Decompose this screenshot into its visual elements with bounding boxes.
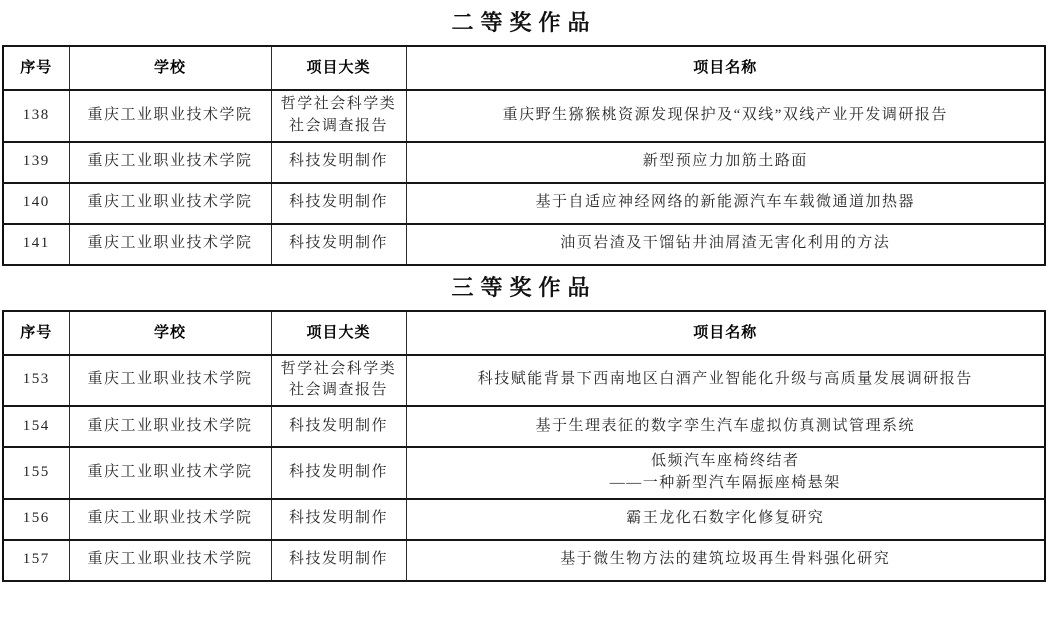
- cell-project: 基于自适应神经网络的新能源汽车车载微通道加热器: [406, 183, 1045, 224]
- cell-category: 科技发明制作: [271, 406, 406, 447]
- col-header-school: 学校: [69, 46, 271, 90]
- cell-project: 基于生理表征的数字孪生汽车虚拟仿真测试管理系统: [406, 406, 1045, 447]
- table-row: 156 重庆工业职业技术学院 科技发明制作 霸王龙化石数字化修复研究: [3, 499, 1045, 540]
- cell-school: 重庆工业职业技术学院: [69, 142, 271, 183]
- header-row: 序号 学校 项目大类 项目名称: [3, 46, 1045, 90]
- section-title-second-prize: 二等奖作品: [0, 8, 1048, 38]
- col-header-no: 序号: [3, 311, 69, 355]
- document-page: 二等奖作品 序号 学校 项目大类 项目名称 138 重庆工业职业技术学院 哲学社…: [0, 0, 1048, 582]
- col-header-school: 学校: [69, 311, 271, 355]
- cell-project: 低频汽车座椅终结者 ——一种新型汽车隔振座椅悬架: [406, 447, 1045, 499]
- col-header-project: 项目名称: [406, 46, 1045, 90]
- cell-school: 重庆工业职业技术学院: [69, 224, 271, 265]
- table-row: 153 重庆工业职业技术学院 哲学社会科学类 社会调查报告 科技赋能背景下西南地…: [3, 355, 1045, 407]
- table-row: 139 重庆工业职业技术学院 科技发明制作 新型预应力加筋土路面: [3, 142, 1045, 183]
- cell-no: 156: [3, 499, 69, 540]
- cell-category: 科技发明制作: [271, 183, 406, 224]
- col-header-project: 项目名称: [406, 311, 1045, 355]
- cell-no: 138: [3, 90, 69, 142]
- cell-no: 157: [3, 540, 69, 581]
- awards-table-second-prize: 序号 学校 项目大类 项目名称 138 重庆工业职业技术学院 哲学社会科学类 社…: [2, 45, 1046, 266]
- cell-category: 科技发明制作: [271, 224, 406, 265]
- cell-project: 重庆野生猕猴桃资源发现保护及“双线”双线产业开发调研报告: [406, 90, 1045, 142]
- cell-project: 油页岩渣及干馏钻井油屑渣无害化利用的方法: [406, 224, 1045, 265]
- table-row: 138 重庆工业职业技术学院 哲学社会科学类 社会调查报告 重庆野生猕猴桃资源发…: [3, 90, 1045, 142]
- cell-project: 基于微生物方法的建筑垃圾再生骨料强化研究: [406, 540, 1045, 581]
- cell-no: 140: [3, 183, 69, 224]
- section-third-prize: 三等奖作品 序号 学校 项目大类 项目名称 153 重庆工业职业技术学院 哲学社…: [0, 273, 1048, 582]
- cell-project: 霸王龙化石数字化修复研究: [406, 499, 1045, 540]
- section-title-third-prize: 三等奖作品: [0, 273, 1048, 303]
- col-header-category: 项目大类: [271, 46, 406, 90]
- cell-school: 重庆工业职业技术学院: [69, 355, 271, 407]
- cell-category: 科技发明制作: [271, 447, 406, 499]
- cell-school: 重庆工业职业技术学院: [69, 499, 271, 540]
- table-row: 140 重庆工业职业技术学院 科技发明制作 基于自适应神经网络的新能源汽车车载微…: [3, 183, 1045, 224]
- cell-no: 155: [3, 447, 69, 499]
- col-header-no: 序号: [3, 46, 69, 90]
- table-row: 155 重庆工业职业技术学院 科技发明制作 低频汽车座椅终结者 ——一种新型汽车…: [3, 447, 1045, 499]
- cell-project: 科技赋能背景下西南地区白酒产业智能化升级与高质量发展调研报告: [406, 355, 1045, 407]
- cell-school: 重庆工业职业技术学院: [69, 406, 271, 447]
- awards-table-third-prize: 序号 学校 项目大类 项目名称 153 重庆工业职业技术学院 哲学社会科学类 社…: [2, 310, 1046, 582]
- cell-category: 科技发明制作: [271, 499, 406, 540]
- cell-school: 重庆工业职业技术学院: [69, 447, 271, 499]
- cell-school: 重庆工业职业技术学院: [69, 90, 271, 142]
- cell-category: 哲学社会科学类 社会调查报告: [271, 355, 406, 407]
- cell-no: 139: [3, 142, 69, 183]
- header-row: 序号 学校 项目大类 项目名称: [3, 311, 1045, 355]
- cell-category: 科技发明制作: [271, 142, 406, 183]
- section-second-prize: 二等奖作品 序号 学校 项目大类 项目名称 138 重庆工业职业技术学院 哲学社…: [0, 8, 1048, 266]
- cell-no: 153: [3, 355, 69, 407]
- cell-category: 哲学社会科学类 社会调查报告: [271, 90, 406, 142]
- cell-project: 新型预应力加筋土路面: [406, 142, 1045, 183]
- cell-no: 154: [3, 406, 69, 447]
- cell-no: 141: [3, 224, 69, 265]
- cell-school: 重庆工业职业技术学院: [69, 183, 271, 224]
- col-header-category: 项目大类: [271, 311, 406, 355]
- cell-category: 科技发明制作: [271, 540, 406, 581]
- table-row: 141 重庆工业职业技术学院 科技发明制作 油页岩渣及干馏钻井油屑渣无害化利用的…: [3, 224, 1045, 265]
- table-row: 154 重庆工业职业技术学院 科技发明制作 基于生理表征的数字孪生汽车虚拟仿真测…: [3, 406, 1045, 447]
- cell-school: 重庆工业职业技术学院: [69, 540, 271, 581]
- table-row: 157 重庆工业职业技术学院 科技发明制作 基于微生物方法的建筑垃圾再生骨料强化…: [3, 540, 1045, 581]
